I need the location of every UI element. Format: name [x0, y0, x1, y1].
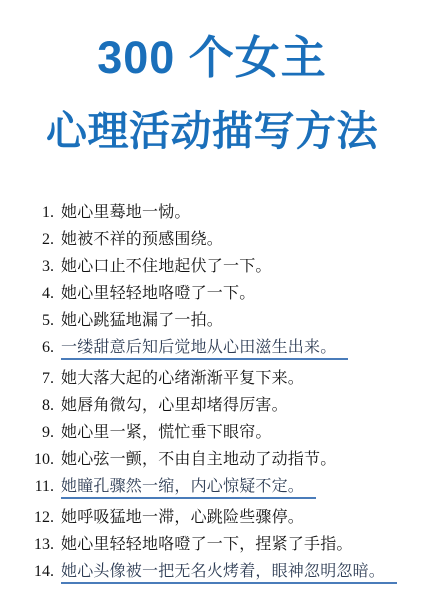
list-item-underlined: 6. 一缕甜意后知后觉地从心田滋生出来。: [28, 339, 424, 360]
list-item: 1. 她心里蓦地一恸。: [28, 204, 424, 221]
list-item-number: 11.: [28, 478, 54, 495]
list-item: 8. 她唇角微勾，心里却堵得厉害。: [28, 397, 424, 414]
list-item-text: 她大落大起的心绪渐渐平复下来。: [61, 370, 304, 387]
list-item-number: 9.: [28, 424, 54, 441]
list-item-text: 她心里轻轻地咯噔了一下。: [61, 285, 255, 302]
list-item: 7. 她大落大起的心绪渐渐平复下来。: [28, 370, 424, 387]
list-item-number: 3.: [28, 258, 54, 275]
list-item: 4. 她心里轻轻地咯噔了一下。: [28, 285, 424, 302]
list-item-number: 4.: [28, 285, 54, 302]
list-item-number: 5.: [28, 312, 54, 329]
list-item-text: 她唇角微勾，心里却堵得厉害。: [61, 397, 288, 414]
list-item-number: 1.: [28, 204, 54, 221]
page-title: 300 个女主 心理活动描写方法: [0, 0, 424, 160]
list-item-number: 12.: [28, 509, 54, 526]
note-page: 300 个女主 心理活动描写方法 1. 她心里蓦地一恸。 2. 她被不祥的预感围…: [0, 0, 424, 600]
list-item: 12. 她呼吸猛地一滞，心跳险些骤停。: [28, 509, 424, 526]
list-item-number: 2.: [28, 231, 54, 248]
title-line-1: 300 个女主: [0, 26, 424, 90]
list-item-underlined: 11. 她瞳孔骤然一缩，内心惊疑不定。: [28, 478, 424, 499]
list-item-text: 她心跳猛地漏了一拍。: [61, 312, 223, 329]
list-item-number: 14.: [28, 563, 54, 580]
list-item-text: 她心里一紧，慌忙垂下眼帘。: [61, 424, 272, 441]
list-item-text: 她呼吸猛地一滞，心跳险些骤停。: [61, 509, 304, 526]
list-item-underlined: 14. 她心头像被一把无名火烤着，眼神忽明忽暗。: [28, 563, 424, 584]
list-item-number: 6.: [28, 339, 54, 356]
list-item-number: 7.: [28, 370, 54, 387]
list-item: 9. 她心里一紧，慌忙垂下眼帘。: [28, 424, 424, 441]
list-item-text: 她心头像被一把无名火烤着，眼神忽明忽暗。: [61, 563, 397, 584]
list-item-text: 她心里轻轻地咯噔了一下，捏紧了手指。: [61, 536, 353, 553]
list-item-number: 13.: [28, 536, 54, 553]
list-item-text: 她心里蓦地一恸。: [61, 204, 191, 221]
list-item-text: 她心口止不住地起伏了一下。: [61, 258, 272, 275]
list-item: 10. 她心弦一颤，不由自主地动了动指节。: [28, 451, 424, 468]
list-item: 2. 她被不祥的预感围绕。: [28, 231, 424, 248]
list-item-number: 10.: [28, 451, 54, 468]
list-item: 5. 她心跳猛地漏了一拍。: [28, 312, 424, 329]
list-item: 13. 她心里轻轻地咯噔了一下，捏紧了手指。: [28, 536, 424, 553]
list-item-number: 8.: [28, 397, 54, 414]
list-item: 3. 她心口止不住地起伏了一下。: [28, 258, 424, 275]
list-item-text: 一缕甜意后知后觉地从心田滋生出来。: [61, 339, 348, 360]
list-item-text: 她瞳孔骤然一缩，内心惊疑不定。: [61, 478, 316, 499]
list-item-text: 她心弦一颤，不由自主地动了动指节。: [61, 451, 336, 468]
psych-description-list: 1. 她心里蓦地一恸。 2. 她被不祥的预感围绕。 3. 她心口止不住地起伏了一…: [28, 204, 424, 584]
list-item-text: 她被不祥的预感围绕。: [61, 231, 223, 248]
title-line-2: 心理活动描写方法: [0, 102, 424, 160]
